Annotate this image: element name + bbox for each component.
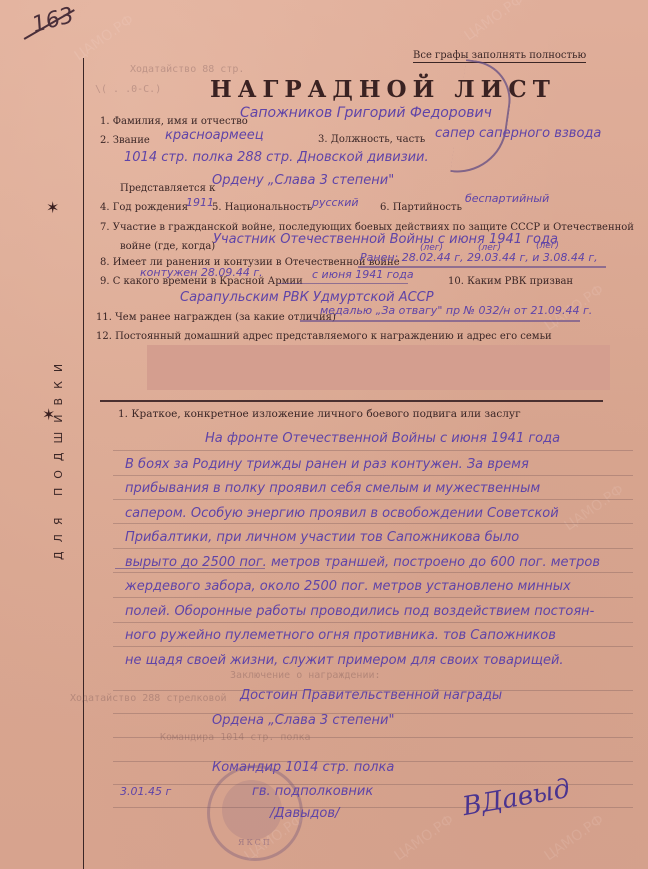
- ruled-line: [113, 572, 633, 573]
- field-label-nationality: 5. Национальность: [212, 202, 312, 213]
- field-value-position-cont: 1014 стр. полка 288 стр. Дновской дивизи…: [124, 150, 429, 165]
- narrative-line: сапером. Особую энергию проявил в освобо…: [125, 506, 559, 521]
- narrative-underline: [115, 568, 265, 569]
- field-value-prior-combat: Участник Отечественной Войны с июня 1941…: [213, 232, 558, 247]
- field-value-party: беспартийный: [465, 192, 549, 205]
- field-value-position: сапер саперного взвода: [435, 126, 601, 141]
- faded-stamp-text: Ходатайство 88 стр.: [130, 64, 244, 75]
- wound-note: (лег): [536, 241, 559, 251]
- narrative-line: На фронте Отечественной Войны с июня 194…: [205, 431, 560, 446]
- field-label-position: 3. Должность, часть: [318, 134, 425, 145]
- ruled-line: [113, 475, 633, 476]
- field-value-birth-year: 1911: [186, 196, 214, 209]
- narrative-line: ного ружейно пулеметного огня противника…: [125, 628, 556, 643]
- ruled-line: [113, 499, 633, 500]
- binding-label: ДЛЯ ПОДШИВКИ: [52, 355, 65, 560]
- field-label-presented: Представляется к: [120, 183, 215, 194]
- ruled-line: [113, 807, 633, 808]
- conclusion-line: Ордена „Слава 3 степени": [212, 713, 394, 728]
- field-value-draft-office: Сарапульским РВК Удмуртской АССР: [180, 290, 434, 305]
- ruled-line: [113, 548, 633, 549]
- ruled-line: [113, 523, 633, 524]
- faded-stamp-text: Заключение о награждении:: [230, 670, 381, 681]
- narrative-line: Прибалтики, при личном участии тов Сапож…: [125, 530, 519, 545]
- commander-rank: гв. подполковник: [252, 784, 373, 799]
- field-label-name: 1. Фамилия, имя и отчество: [100, 116, 248, 127]
- commander-name: /Давыдов/: [270, 806, 339, 821]
- narrative-line: жердевого забора, около 2500 пог. метров…: [125, 579, 571, 594]
- instruction-note: Все графы заполнять полностью: [413, 50, 586, 63]
- field-value-rank: красноармеец: [165, 128, 264, 143]
- field-label-birth-year: 4. Год рождения: [100, 202, 188, 213]
- field-label-draft-office: 10. Каким РВК призван: [448, 276, 573, 287]
- ruled-line: [113, 622, 633, 623]
- field-value-nationality: русский: [312, 196, 359, 209]
- field-value-wounds: Ранен: 28.02.44 г, 29.03.44 г, и 3.08.44…: [360, 251, 598, 264]
- ruled-line: [113, 450, 633, 451]
- faded-stamp-text: Ходатайство 288 стрелковой: [70, 693, 227, 704]
- narrative-line: не щадя своей жизни, служит примером для…: [125, 653, 564, 668]
- commander-title: Командир 1014 стр. полка: [212, 760, 394, 775]
- field-value-award: Ордену „Слава 3 степени": [212, 173, 394, 188]
- field-label-rank: 2. Звание: [100, 135, 150, 146]
- narrative-line: полей. Оборонные работы проводились под …: [125, 604, 594, 619]
- binding-hole-icon: ✶: [46, 198, 59, 217]
- field-label-service-since: 9. С какого времени в Красной Армии: [100, 276, 303, 287]
- redacted-address: [147, 345, 610, 390]
- service-underline: [278, 283, 408, 284]
- binding-margin-line: [83, 58, 84, 869]
- field-value-name: Сапожников Григорий Федорович: [240, 105, 492, 121]
- field-label-party: 6. Партийность: [380, 202, 462, 213]
- field-value-service-since: с июня 1941 года: [312, 268, 414, 281]
- ruled-line: [113, 597, 633, 598]
- field-value-prior-awards: медалью „За отвагу" пр № 032/н от 21.09.…: [320, 304, 592, 317]
- faded-stamp-text: \( . .0-С.): [95, 84, 161, 95]
- faded-stamp-text: Командира 1014 стр. полка: [160, 732, 311, 743]
- field-label-address: 12. Постоянный домашний адрес представля…: [96, 331, 552, 342]
- narrative-line: прибывания в полку проявил себя смелым и…: [125, 481, 540, 496]
- signing-date: 3.01.45 г: [120, 785, 171, 798]
- narrative-line: В боях за Родину трижды ранен и раз конт…: [125, 457, 529, 472]
- ruled-line: [113, 646, 633, 647]
- section-divider: [100, 400, 603, 402]
- section-heading: 1. Краткое, конкретное изложение личного…: [118, 408, 521, 420]
- conclusion-line: Достоин Правительственной награды: [240, 688, 502, 703]
- awards-underline: [300, 320, 580, 322]
- seal-text: ЯКСП: [238, 838, 272, 847]
- field-label-prior-combat-cont: войне (где, когда): [120, 241, 215, 252]
